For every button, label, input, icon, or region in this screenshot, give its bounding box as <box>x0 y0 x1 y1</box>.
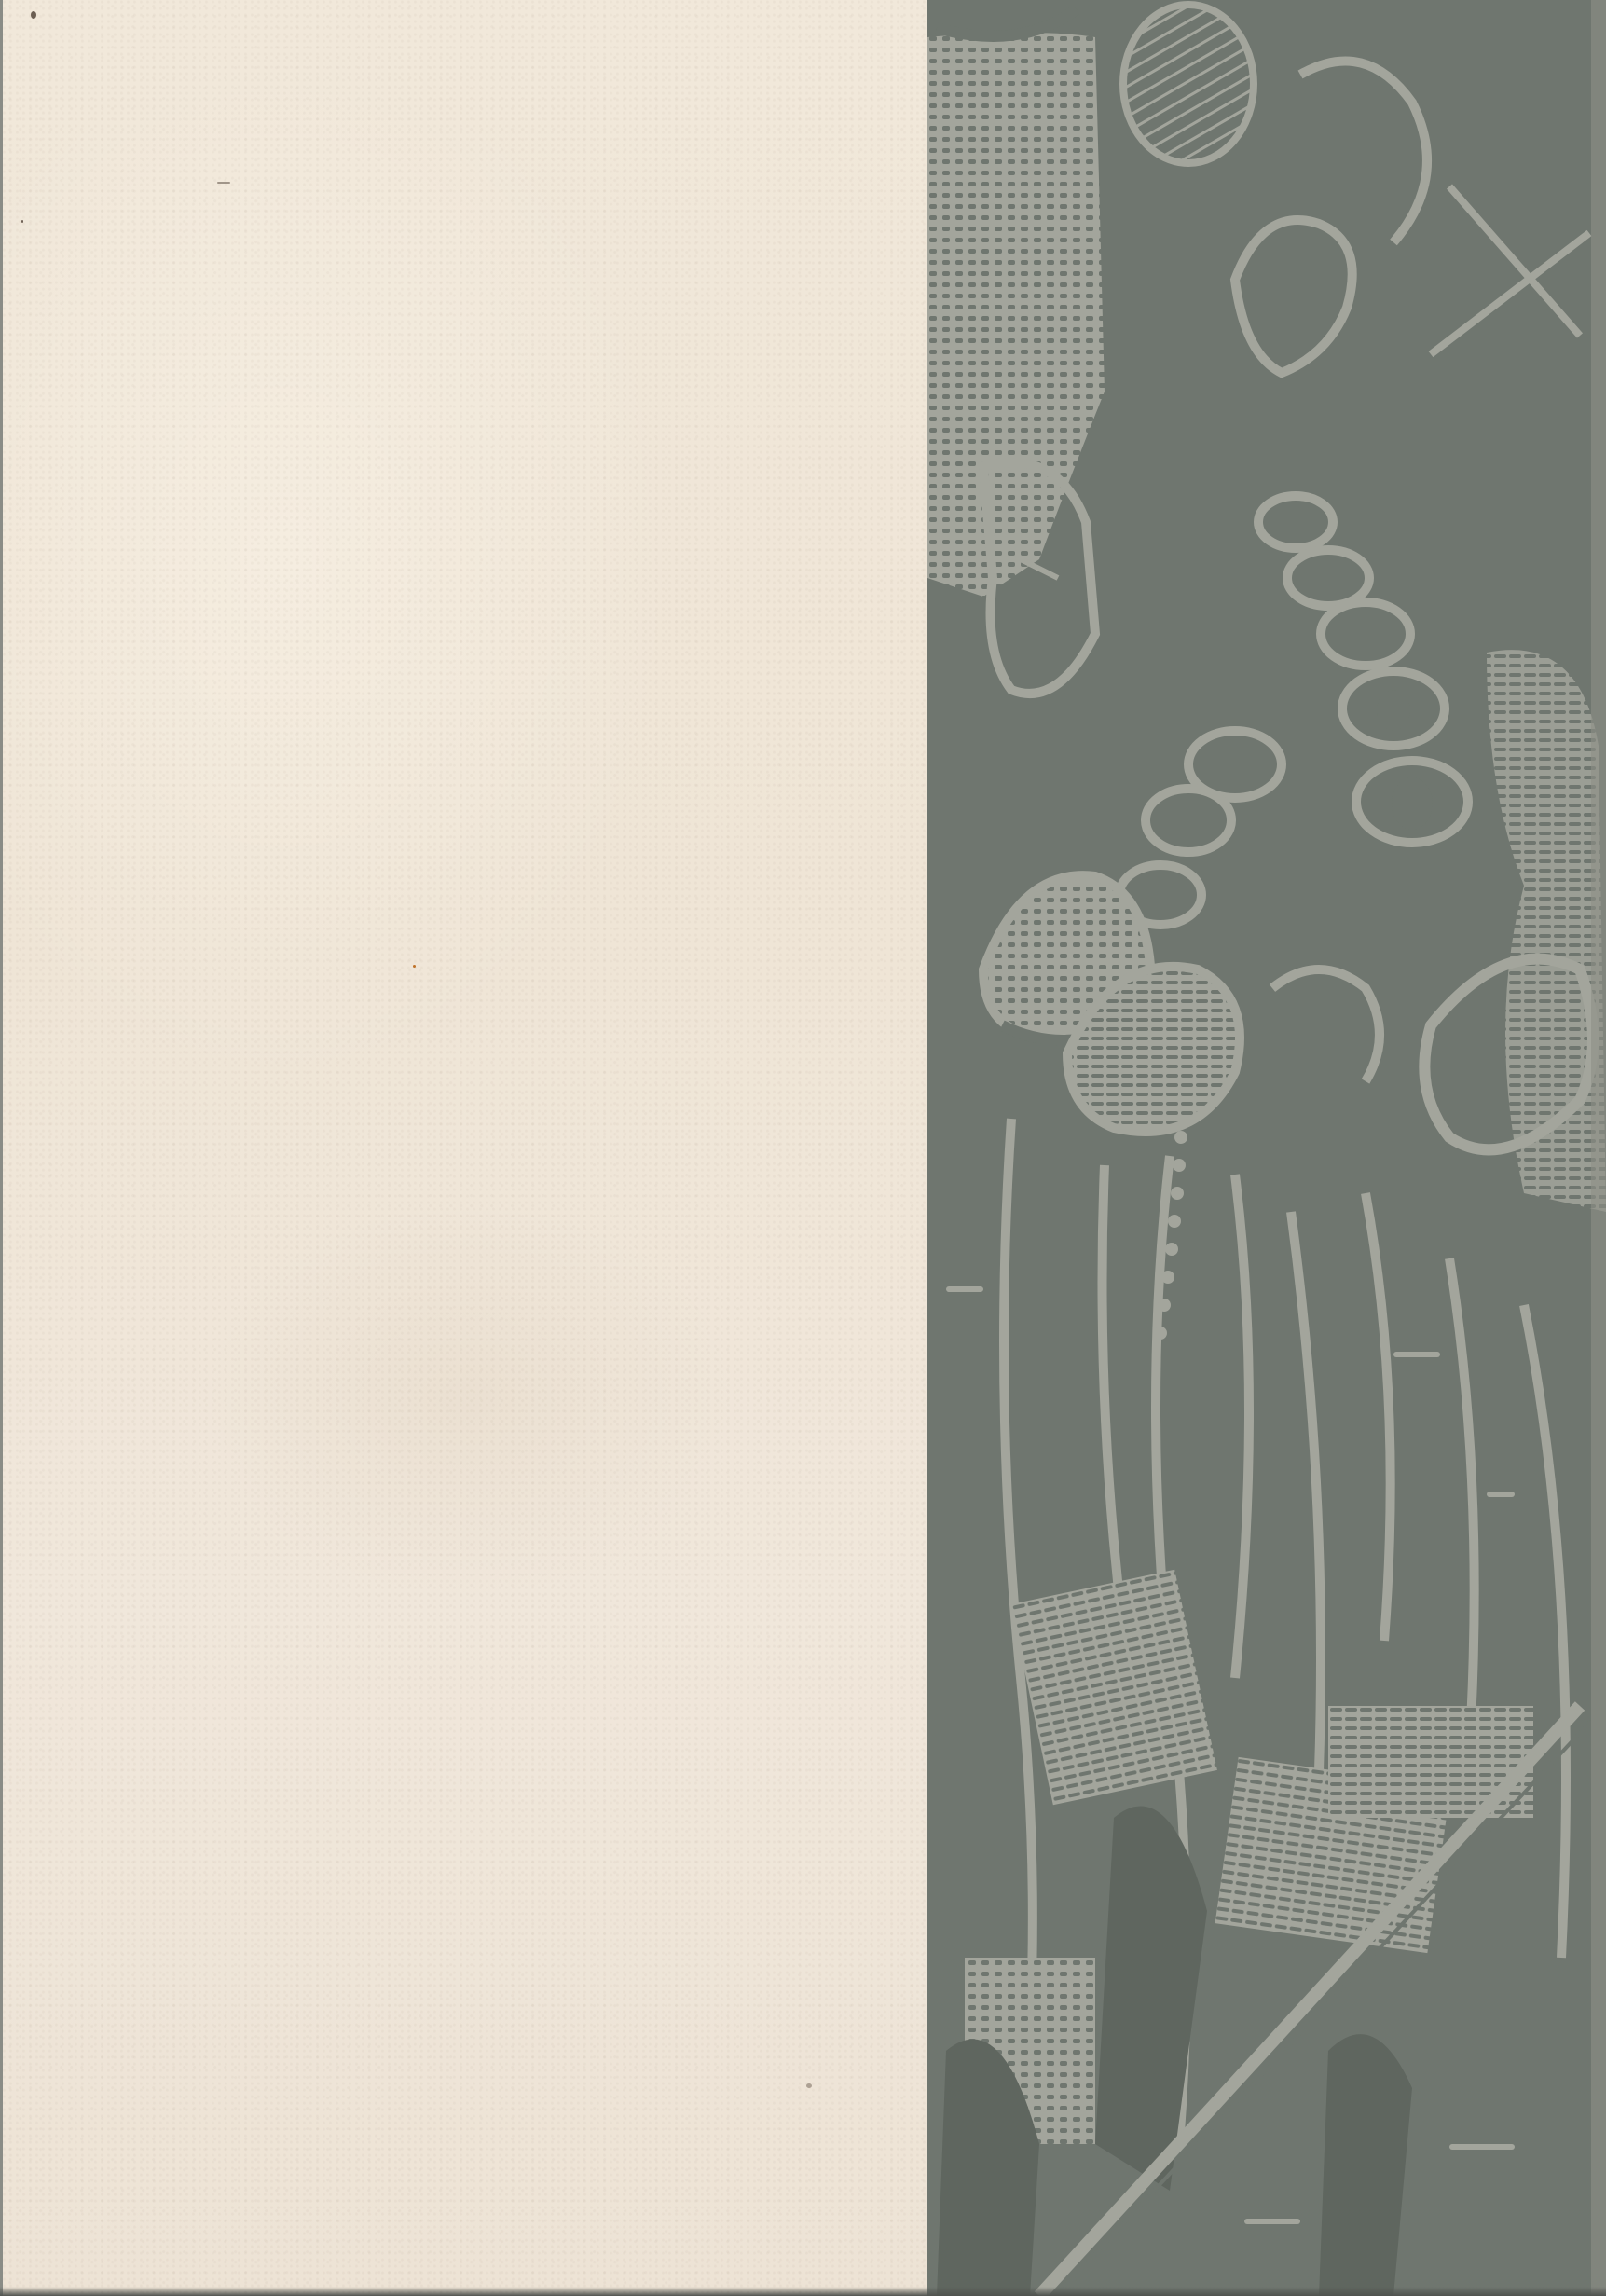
paper-speck <box>31 11 36 19</box>
engraving-illustration <box>927 0 1606 2296</box>
paper-speck <box>21 220 23 223</box>
paper-speck <box>413 965 416 968</box>
back-cover <box>0 0 1606 2296</box>
paper-speck <box>217 182 230 184</box>
blank-paper-panel <box>0 0 927 2296</box>
cover-bottom-edge <box>0 2287 1606 2296</box>
engraving-artwork <box>927 0 1606 2296</box>
paper-speck <box>806 2083 812 2088</box>
